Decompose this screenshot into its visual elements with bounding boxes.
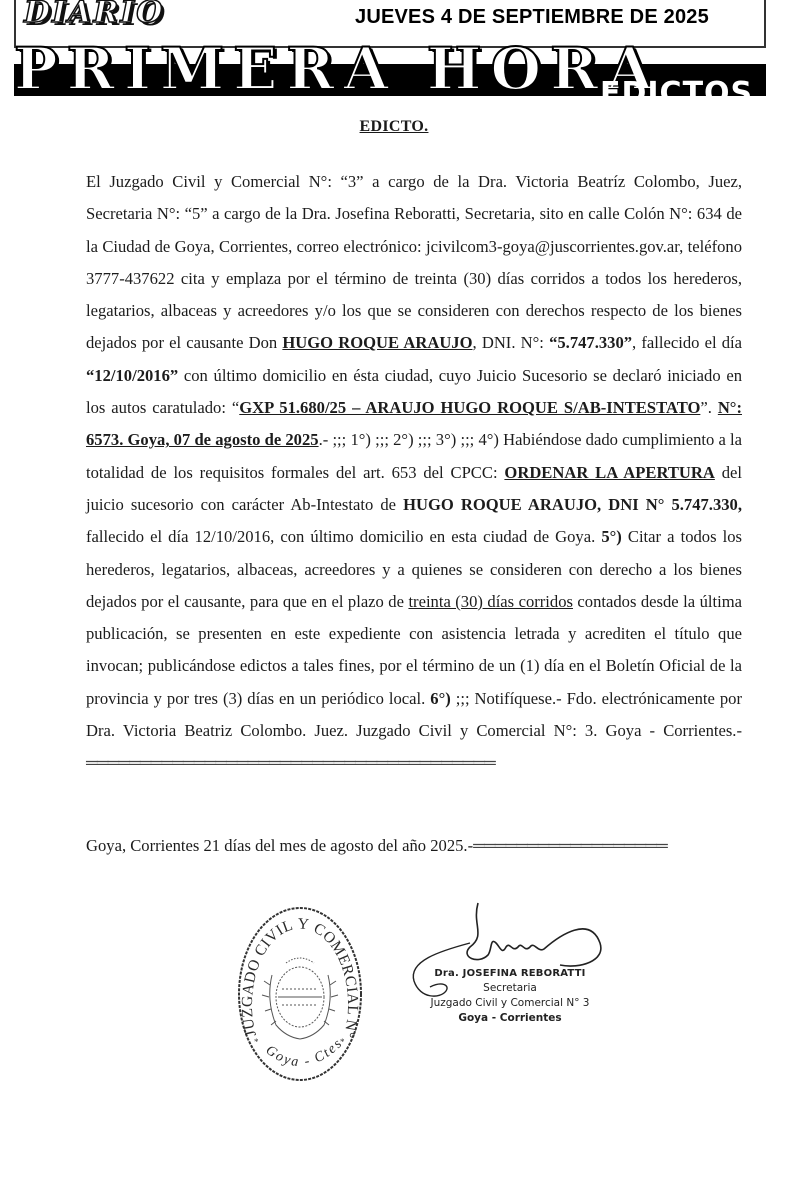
text-segment: , fallecido el día [632, 333, 742, 352]
deceased-name: HUGO ROQUE ARAUJO [282, 333, 472, 352]
signer-city: Goya - Corrientes [400, 1011, 620, 1026]
text-segment: El Juzgado Civil y Comercial N°: “3” a c… [86, 172, 742, 352]
signature-stamp: Dra. JOSEFINA REBORATTI Secretaria Juzga… [400, 966, 620, 1026]
deceased-identification: HUGO ROQUE ARAUJO, DNI N° 5.747.330, [403, 495, 742, 514]
seal-ring-top: JUZGADO CIVIL Y COMERCIAL N°3 [236, 905, 361, 1040]
separator-rule: ══════════════════ [473, 836, 667, 855]
item-number: 5°) [601, 527, 621, 546]
signer-court: Juzgado Civil y Comercial N° 3 [400, 996, 620, 1011]
newspaper-small-title: DIARIO [24, 0, 164, 30]
edict-body: El Juzgado Civil y Comercial N°: “3” a c… [86, 166, 742, 780]
newspaper-masthead: DIARIO JUEVES 4 DE SEPTIEMBRE DE 2025 PR… [0, 0, 788, 100]
text-segment: ”. [700, 398, 717, 417]
order-statement: ORDENAR LA APERTURA [504, 463, 714, 482]
closing-text: Goya, Corrientes 21 días del mes de agos… [86, 836, 473, 855]
seal-stamp-icon: JUZGADO CIVIL Y COMERCIAL N°3 Goya - Cte… [236, 905, 364, 1083]
publication-date: JUEVES 4 DE SEPTIEMBRE DE 2025 [355, 6, 709, 29]
term-period: treinta (30) días corridos [408, 592, 573, 611]
svg-text:JUZGADO CIVIL Y COMERCIAL N°3: JUZGADO CIVIL Y COMERCIAL N°3 [236, 905, 361, 1040]
signer-name: Dra. JOSEFINA REBORATTI [400, 966, 620, 981]
text-segment: , DNI. N°: [473, 333, 550, 352]
text-segment: fallecido el día 12/10/2016, con último … [86, 527, 601, 546]
signer-role: Secretaria [400, 981, 620, 996]
dni-number: “5.747.330” [549, 333, 632, 352]
edict-paragraph: El Juzgado Civil y Comercial N°: “3” a c… [86, 166, 742, 780]
closing-line: Goya, Corrientes 21 días del mes de agos… [86, 836, 667, 856]
document-title: EDICTO. [0, 118, 788, 136]
coat-of-arms-icon [262, 958, 338, 1039]
court-seal: JUZGADO CIVIL Y COMERCIAL N°3 Goya - Cte… [236, 905, 364, 1083]
svg-text:*: * [340, 1037, 345, 1047]
signature-block: Dra. JOSEFINA REBORATTI Secretaria Juzga… [400, 895, 620, 1045]
separator-rule: ══════════════════════════════════════ [86, 753, 495, 772]
item-number: 6°) [430, 689, 450, 708]
death-date: “12/10/2016” [86, 366, 178, 385]
svg-text:*: * [254, 1037, 259, 1047]
newspaper-title: PRIMERA HORA [14, 40, 661, 96]
section-label: EDICTOS [600, 78, 760, 96]
case-title: GXP 51.680/25 – ARAUJO HUGO ROQUE S/AB-I… [239, 398, 700, 417]
